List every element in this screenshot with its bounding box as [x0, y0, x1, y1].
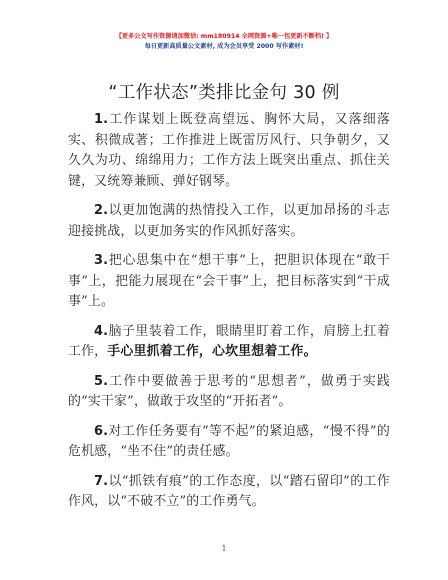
promo-banner-line-1: 【更多公文写作资源请加微信: mm180914 全网资源+唯一包更新不断档! 】 — [0, 31, 448, 40]
paragraph-4: 4.脑子里装着工作，眼睛里盯着工作，肩膀上扛着工作，手心里抓着工作，心坎里想着工… — [68, 322, 390, 363]
paragraph-1: 1.工作谋划上既登高望远、胸怀大局，又落细落实、积微成著；工作推进上既雷厉风行、… — [68, 110, 390, 192]
document-title: “工作状态”类排比金句 30 例 — [0, 79, 448, 104]
document-page: 【更多公文写作资源请加微信: mm180914 全网资源+唯一包更新不断档! 】… — [0, 0, 448, 580]
paragraph-emphasis: 手心里抓着工作，心坎里想着工作。 — [107, 344, 316, 359]
paragraph-3: 3.把心思集中在“想干事”上，把胆识体现在“敢干事”上，把能力展现在“会干事”上… — [68, 251, 390, 313]
paragraph-7: 7.以“抓铁有痕”的工作态度，以“踏石留印”的工作作风，以“不破不立”的工作勇气… — [68, 472, 390, 513]
page-number: 1 — [0, 544, 448, 553]
document-body: 1.工作谋划上既登高望远、胸怀大局，又落细落实、积微成著；工作推进上既雷厉风行、… — [68, 110, 390, 522]
paragraph-number: 4. — [94, 324, 108, 339]
paragraph-6: 6.对工作任务要有“等不起”的紧迫感，“慢不得”的危机感，“坐不住”的责任感。 — [68, 422, 390, 463]
paragraph-number: 3. — [94, 253, 108, 268]
paragraph-text: 工作中要做善于思考的“思想者”，做勇于实践的“实干家”，做敢于攻坚的“开拓者”。 — [68, 374, 390, 410]
paragraph-5: 5.工作中要做善于思考的“思想者”，做勇于实践的“实干家”，做敢于攻坚的“开拓者… — [68, 372, 390, 413]
paragraph-text: 以更加饱满的热情投入工作，以更加昂扬的斗志迎接挑战，以更加务实的作风抓好落实。 — [68, 203, 390, 239]
paragraph-2: 2.以更加饱满的热情投入工作，以更加昂扬的斗志迎接挑战，以更加务实的作风抓好落实… — [68, 201, 390, 242]
paragraph-number: 1. — [94, 112, 108, 127]
promo-banner-line-2: 每日更新高质量公文素材, 成为会员享受 2000 写作素材! — [0, 41, 448, 50]
paragraph-text: 工作谋划上既登高望远、胸怀大局，又落细落实、积微成著；工作推进上既雷厉风行、只争… — [68, 112, 390, 189]
paragraph-number: 6. — [94, 424, 108, 439]
paragraph-number: 5. — [94, 374, 108, 389]
paragraph-text: 对工作任务要有“等不起”的紧迫感，“慢不得”的危机感，“坐不住”的责任感。 — [68, 424, 390, 460]
paragraph-text: 把心思集中在“想干事”上，把胆识体现在“敢干事”上，把能力展现在“会干事”上，把… — [68, 253, 390, 309]
paragraph-text: 以“抓铁有痕”的工作态度，以“踏石留印”的工作作风，以“不破不立”的工作勇气。 — [68, 474, 390, 510]
paragraph-number: 2. — [94, 203, 108, 218]
paragraph-number: 7. — [94, 474, 108, 489]
